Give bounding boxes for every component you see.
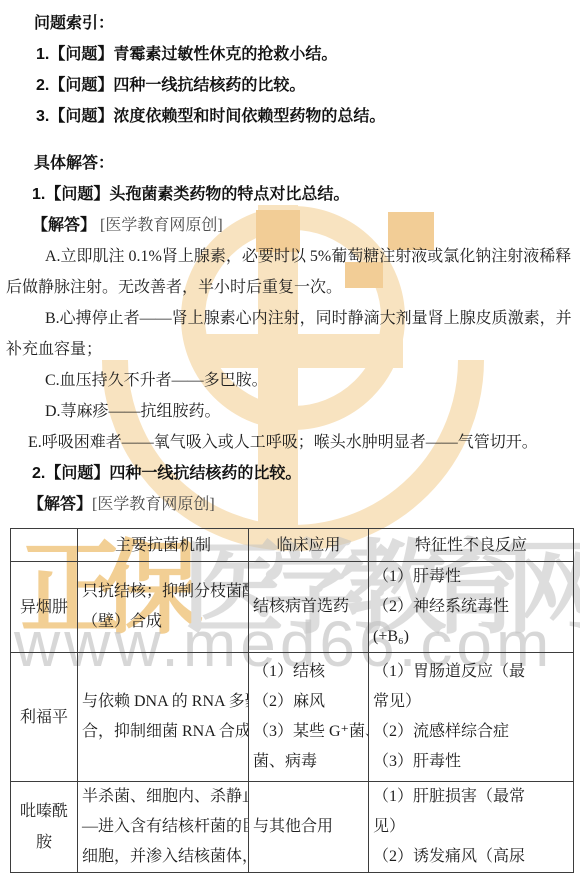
cell-line: 结核病首选药 (253, 592, 364, 622)
clinical-use-cell: 结核病首选药 (249, 562, 369, 653)
table-row: 利福平与依赖 DNA 的 RNA 多聚酶结合，抑制细菌 RNA 合成（1）结核（… (11, 653, 574, 782)
cell-line: （1）肝脏损害（最常 (373, 782, 569, 812)
question-1-heading: 1.【问题】头孢菌素类药物的特点对比总结。 (6, 179, 574, 210)
question-2-answer-line: 【解答】[医学教育网原创] (6, 489, 574, 520)
clinical-use-cell: 与其他合用 (249, 782, 369, 873)
cell-line: —进入含有结核杆菌的巨噬 (82, 812, 244, 842)
rescue-item-c: C.血压持久不升者——多巴胺。 (6, 365, 574, 396)
mechanism-cell: 只抗结核；抑制分枝菌酸（壁）合成 (78, 562, 249, 653)
mechanism-cell: 与依赖 DNA 的 RNA 多聚酶结合，抑制细菌 RNA 合成 (78, 653, 249, 782)
cell-line: (+B₆) (373, 622, 569, 652)
cell-line: 与其他合用 (253, 812, 364, 842)
table-header-row: 主要抗菌机制临床应用特征性不良反应 (11, 529, 574, 562)
cell-line: 细胞，并渗入结核菌体，脱 (82, 842, 244, 872)
cell-line: （1）胃肠道反应（最 (373, 657, 569, 687)
cell-line: 半杀菌、细胞内、杀静止— (82, 782, 244, 812)
anti-tb-drug-table: 主要抗菌机制临床应用特征性不良反应 异烟肼只抗结核；抑制分枝菌酸（壁）合成结核病… (10, 528, 574, 873)
table-row: 吡嗪酰胺半杀菌、细胞内、杀静止——进入含有结核杆菌的巨噬细胞，并渗入结核菌体，脱… (11, 782, 574, 873)
cell-line: （2）流感样综合症 (373, 717, 569, 747)
mechanism-cell: 半杀菌、细胞内、杀静止——进入含有结核杆菌的巨噬细胞，并渗入结核菌体，脱 (78, 782, 249, 873)
drug-name-cell: 吡嗪酰胺 (11, 782, 78, 873)
cell-line: 只抗结核；抑制分枝菌酸 (82, 577, 244, 607)
cell-line: 常见） (373, 687, 569, 717)
cell-line: （2）麻风 (253, 687, 364, 717)
drug-table-body: 异烟肼只抗结核；抑制分枝菌酸（壁）合成结核病首选药（1）肝毒性（2）神经系统毒性… (11, 562, 574, 873)
cell-line: （3）肝毒性 (373, 747, 569, 777)
rescue-item-b: B.心搏停止者——肾上腺素心内注射，同时静滴大剂量肾上腺皮质激素，并补充血容量； (6, 303, 574, 365)
adverse-reaction-cell: （1）胃肠道反应（最常见）（2）流感样综合症（3）肝毒性 (369, 653, 574, 782)
rescue-item-d: D.荨麻疹——抗组胺药。 (6, 396, 574, 427)
question-2-heading: 2.【问题】四种一线抗结核药的比较。 (6, 458, 574, 489)
cell-line: （1）肝毒性 (373, 562, 569, 592)
cell-line: （2）神经系统毒性 (373, 592, 569, 622)
answer-source: [医学教育网原创] (92, 496, 215, 513)
rescue-item-a: A.立即肌注 0.1%肾上腺素，必要时以 5%葡萄糖注射液或氯化钠注射液稀释后做… (6, 241, 574, 303)
answer-source: [医学教育网原创] (100, 217, 223, 234)
index-item-3: 3.【问题】浓度依赖型和时间依赖型药物的总结。 (6, 101, 574, 132)
index-heading: 问题索引： (6, 8, 574, 39)
cell-line: （壁）合成 (82, 607, 244, 637)
table-row: 异烟肼只抗结核；抑制分枝菌酸（壁）合成结核病首选药（1）肝毒性（2）神经系统毒性… (11, 562, 574, 653)
drug-name-cell: 异烟肼 (11, 562, 78, 653)
cell-line: 菌、病毒 (253, 747, 364, 777)
column-header: 临床应用 (249, 529, 369, 562)
index-item-1: 1.【问题】青霉素过敏性休克的抢救小结。 (6, 39, 574, 70)
cell-line: （2）诱发痛风（高尿 (373, 842, 569, 872)
cell-line: 见） (373, 812, 569, 842)
adverse-reaction-cell: （1）肝脏损害（最常见）（2）诱发痛风（高尿 (369, 782, 574, 873)
cell-line: 合，抑制细菌 RNA 合成 (82, 717, 244, 747)
document-body: 问题索引： 1.【问题】青霉素过敏性休克的抢救小结。 2.【问题】四种一线抗结核… (0, 0, 580, 873)
rescue-item-e: E.呼吸困难者——氧气吸入或人工呼吸；喉头水肿明显者——气管切开。 (6, 427, 574, 458)
column-header: 特征性不良反应 (369, 529, 574, 562)
answer-label: 【解答】 (32, 217, 96, 234)
adverse-reaction-cell: （1）肝毒性（2）神经系统毒性(+B₆) (369, 562, 574, 653)
answer-label: 【解答】 (28, 496, 92, 513)
column-header (11, 529, 78, 562)
cell-line: 与依赖 DNA 的 RNA 多聚酶结 (82, 687, 244, 717)
index-item-2: 2.【问题】四种一线抗结核药的比较。 (6, 70, 574, 101)
clinical-use-cell: （1）结核（2）麻风（3）某些 G⁺菌、G⁻菌、病毒 (249, 653, 369, 782)
cell-line: （1）结核 (253, 657, 364, 687)
document-page: 正保医学教育网 www.med66.com 问题索引： 1.【问题】青霉素过敏性… (0, 0, 580, 879)
drug-name-cell: 利福平 (11, 653, 78, 782)
question-1-answer-line: 【解答】 [医学教育网原创] (6, 210, 574, 241)
column-header: 主要抗菌机制 (78, 529, 249, 562)
cell-line: （3）某些 G⁺菌、G⁻ (253, 717, 364, 747)
answers-heading: 具体解答： (6, 148, 574, 179)
